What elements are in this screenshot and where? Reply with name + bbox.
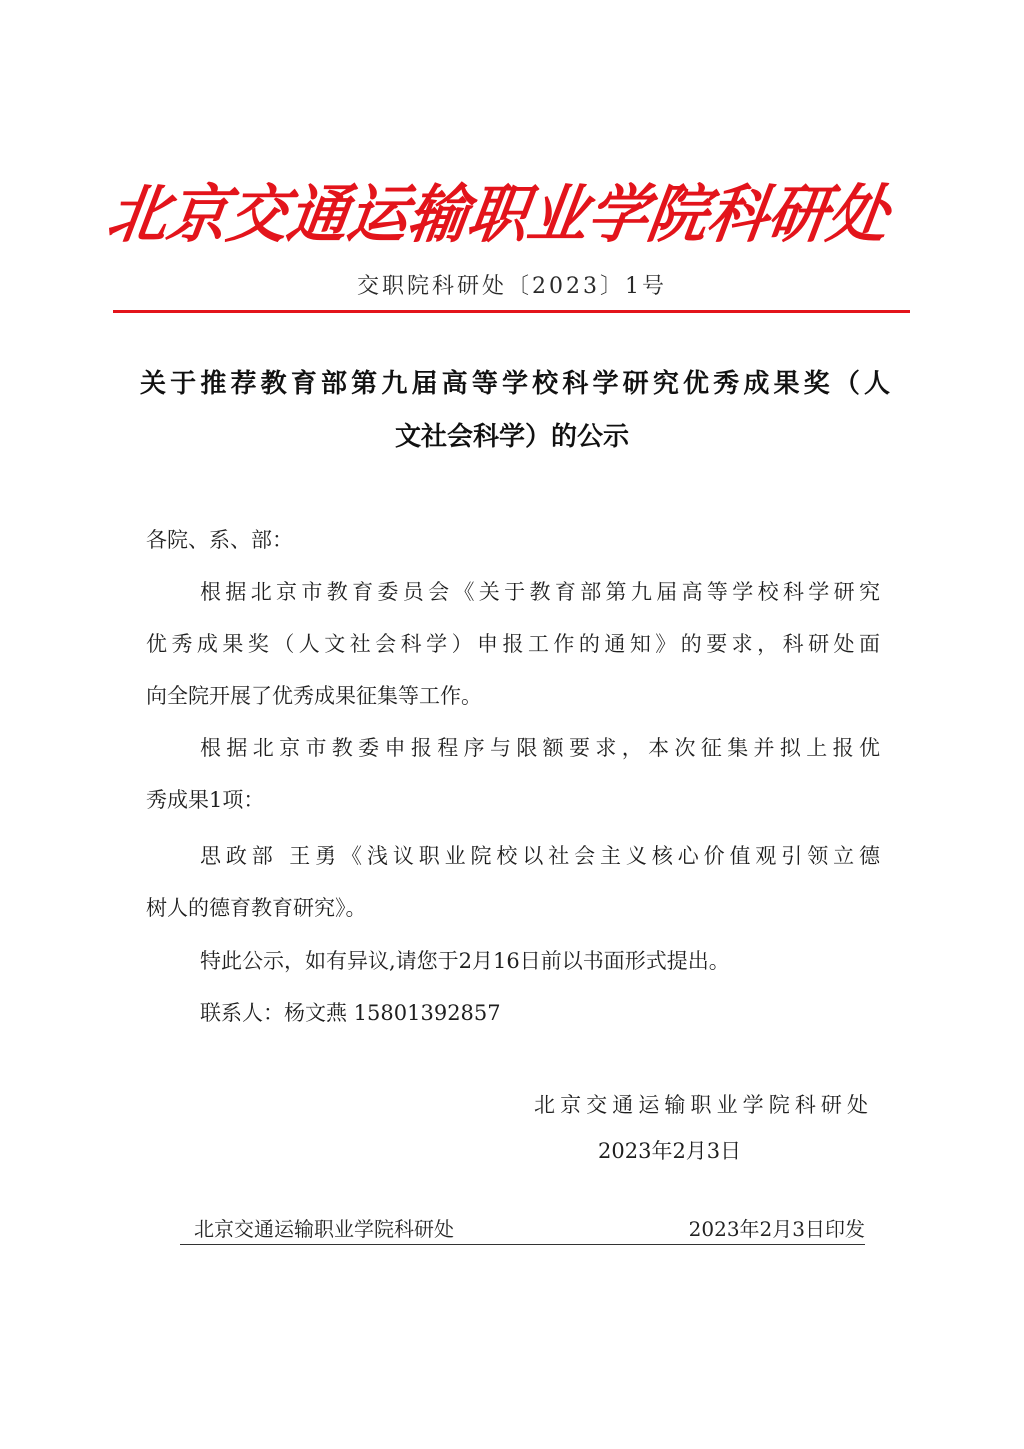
signature-organization: 北京交通运输职业学院科研处 (534, 1090, 868, 1120)
letterhead-char: 输 (404, 184, 473, 247)
letterhead-char: 通 (284, 184, 353, 247)
paragraph-2-line-1: 根据北京市教委申报程序与限额要求，本次征集并拟上报优 (200, 733, 880, 763)
footer-issuer: 北京交通运输职业学院科研处 (194, 1216, 454, 1242)
notice-title-line-1: 关于推荐教育部第九届高等学校科学研究优秀成果奖（人 (140, 367, 890, 401)
objection-notice: 特此公示，如有异议,请您于2月16日前以书面形式提出。 (200, 946, 730, 976)
issuance-footer: 北京交通运输职业学院科研处 2023年2月3日印发 (180, 1216, 865, 1245)
salutation: 各院、系、部： (146, 525, 293, 555)
letterhead-char: 职 (464, 184, 533, 247)
nominee-line-1: 思政部 王勇《浅议职业院校以社会主义核心价值观引领立德 (200, 841, 880, 871)
letterhead-char: 研 (764, 184, 833, 247)
paragraph-1-line-3: 向全院开展了优秀成果征集等工作。 (146, 681, 482, 711)
paragraph-2-line-2: 秀成果1项： (146, 785, 264, 815)
paragraph-1-line-1: 根据北京市教育委员会《关于教育部第九届高等学校科学研究 (200, 577, 880, 607)
letterhead-char: 京 (164, 184, 233, 247)
letterhead-char: 科 (704, 184, 773, 247)
paragraph-1-line-2: 优秀成果奖（人文社会科学）申报工作的通知》的要求，科研处面 (146, 629, 880, 659)
letterhead-char: 交 (224, 184, 293, 247)
notice-title-line-2: 文社会科学）的公示 (0, 420, 1024, 454)
letterhead-char: 处 (824, 184, 893, 247)
letterhead-char: 北 (104, 184, 173, 247)
letterhead-char: 运 (344, 184, 413, 247)
document-page: 北 京 交 通 运 输 职 业 学 院 科 研 处 交职院科研处〔2023〕1号… (0, 0, 1024, 1449)
contact-person: 联系人：杨文燕 15801392857 (200, 998, 501, 1028)
letterhead-divider (113, 310, 910, 313)
nominee-line-2: 树人的德育教育研究》。 (146, 893, 367, 923)
letterhead-char: 院 (644, 184, 713, 247)
letterhead-title: 北 京 交 通 运 输 职 业 学 院 科 研 处 (108, 170, 868, 260)
document-number: 交职院科研处〔2023〕1号 (0, 272, 1024, 302)
letterhead-char: 学 (584, 184, 653, 247)
signature-date: 2023年2月3日 (598, 1136, 741, 1166)
footer-issue-date: 2023年2月3日印发 (689, 1216, 865, 1242)
letterhead-char: 业 (524, 184, 593, 247)
